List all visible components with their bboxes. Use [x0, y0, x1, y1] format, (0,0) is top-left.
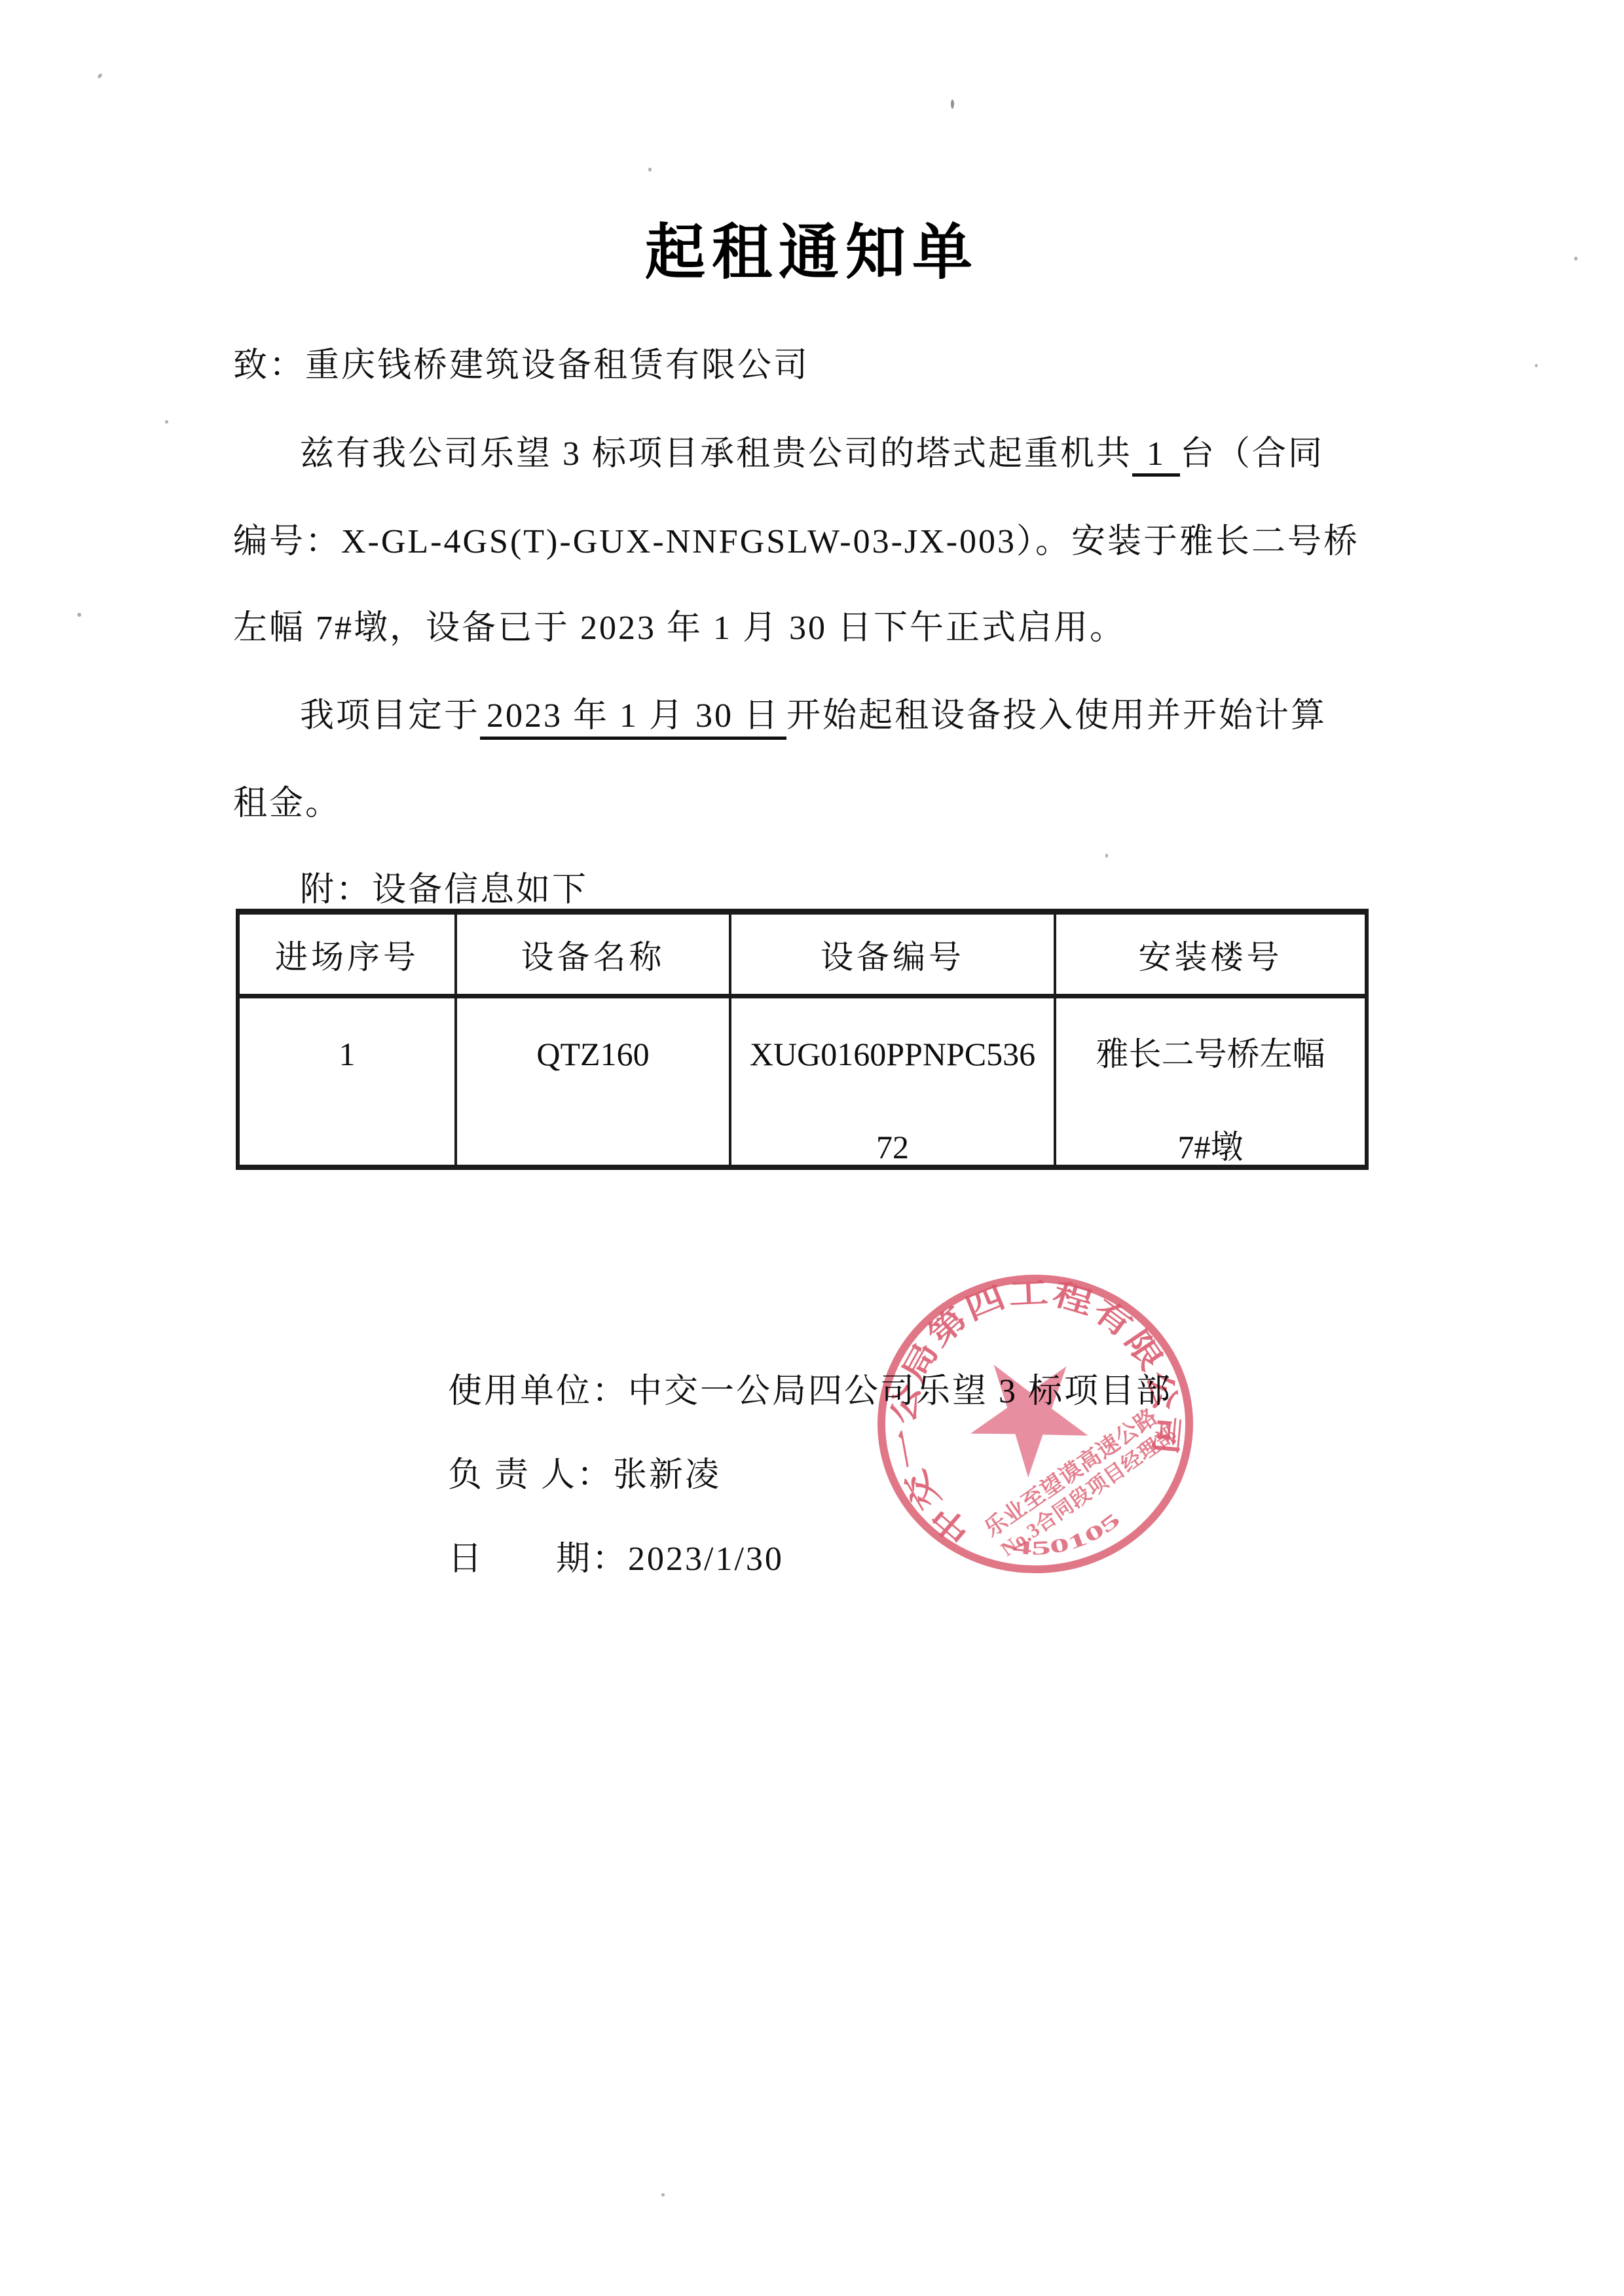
para2-line1-post: 开始起租设备投入使用并开始计算: [786, 697, 1327, 735]
seal-outer-ring: [881, 1279, 1189, 1569]
company-seal-stamp: 中交一公局第四工程有限公司 乐业至望谟高速公路 No.3合同段项目经理部 450…: [872, 1274, 1198, 1580]
person-value: 张新凌: [613, 1457, 721, 1494]
para1-line1-pre: 兹有我公司乐望 3 标项目承租贵公司的塔式起重机共: [300, 435, 1132, 473]
para1-line1: 兹有我公司乐望 3 标项目承租贵公司的塔式起重机共1台（合同: [300, 426, 1324, 477]
date-label: 日 期：: [448, 1540, 628, 1578]
seal-company-arc-text: 中交一公局第四工程有限公司: [872, 1274, 1198, 1580]
person-in-charge-line: 负 责 人：张新凌: [448, 1447, 721, 1496]
date-value: 2023/1/30: [628, 1540, 784, 1578]
seal-company-arc-textpath: 中交一公局第四工程有限公司: [872, 1274, 1198, 1580]
equip-code-line1: XUG0160PPNPC536: [731, 1008, 1054, 1101]
addressee-line: 致：重庆钱桥建筑设备租赁有限公司: [233, 337, 809, 386]
para1-line1-post: 台（合同: [1180, 435, 1324, 473]
cell-entry-sn: 1: [240, 998, 457, 1165]
install-no-line2: 7#墩: [1056, 1101, 1365, 1194]
person-label: 负 责 人：: [448, 1457, 613, 1494]
col-header-entry-sn: 进场序号: [240, 915, 457, 998]
date-line: 日 期：2023/1/30: [448, 1531, 784, 1580]
equip-code-line2: 72: [731, 1101, 1054, 1194]
cell-equip-name: QTZ160: [457, 998, 731, 1165]
usage-unit-label: 使用单位：: [448, 1373, 628, 1410]
col-header-equip-name: 设备名称: [457, 915, 731, 998]
install-no-line1: 雅长二号桥左幅: [1056, 1008, 1365, 1101]
para2-line1: 我项目定于2023 年 1 月 30 日开始起租设备投入使用并开始计算: [300, 687, 1327, 740]
contract-number-line: 编号：X-GL-4GS(T)-GUX-NNFGSLW-03-JX-003）。安装…: [233, 513, 1359, 562]
para2-line1-pre: 我项目定于: [300, 697, 480, 735]
seal-serial-number: 450105: [1002, 1480, 1124, 1580]
seal-serial-textpath: 450105: [1002, 1480, 1124, 1580]
seal-serial-guide: [991, 1466, 1138, 1580]
seal-project-line1: 乐业至望谟高速公路: [980, 1403, 1162, 1542]
install-location-line: 左幅 7#墩，设备已于 2023 年 1 月 30 日下午正式启用。: [233, 600, 1126, 649]
page-title: 起租通知单: [0, 204, 1624, 291]
usage-unit-value: 中交一公局四公司乐望 3 标项目部: [628, 1373, 1172, 1410]
seal-arc-guide: [872, 1274, 1191, 1575]
cell-install-no: 雅长二号桥左幅 7#墩: [1056, 998, 1365, 1165]
col-header-install-no: 安装楼号: [1056, 915, 1365, 998]
col-header-equip-code: 设备编号: [731, 915, 1056, 998]
equipment-table: 进场序号 设备名称 设备编号 安装楼号 1 QTZ160 XUG0160PPNP…: [236, 909, 1369, 1170]
attachment-label: 附：设备信息如下: [300, 862, 588, 911]
cell-equip-code: XUG0160PPNPC536 72: [731, 998, 1056, 1165]
para2-line2: 租金。: [233, 775, 341, 824]
rent-start-date-underlined: 2023 年 1 月 30 日: [480, 687, 786, 740]
crane-count-underlined: 1: [1132, 435, 1180, 477]
rental-notice-document: 起租通知单 致：重庆钱桥建筑设备租赁有限公司 兹有我公司乐望 3 标项目承租贵公…: [0, 0, 1624, 2296]
seal-project-line2: No.3合同段项目经理部: [997, 1422, 1181, 1560]
usage-unit-line: 使用单位：中交一公局四公司乐望 3 标项目部: [448, 1363, 1172, 1412]
